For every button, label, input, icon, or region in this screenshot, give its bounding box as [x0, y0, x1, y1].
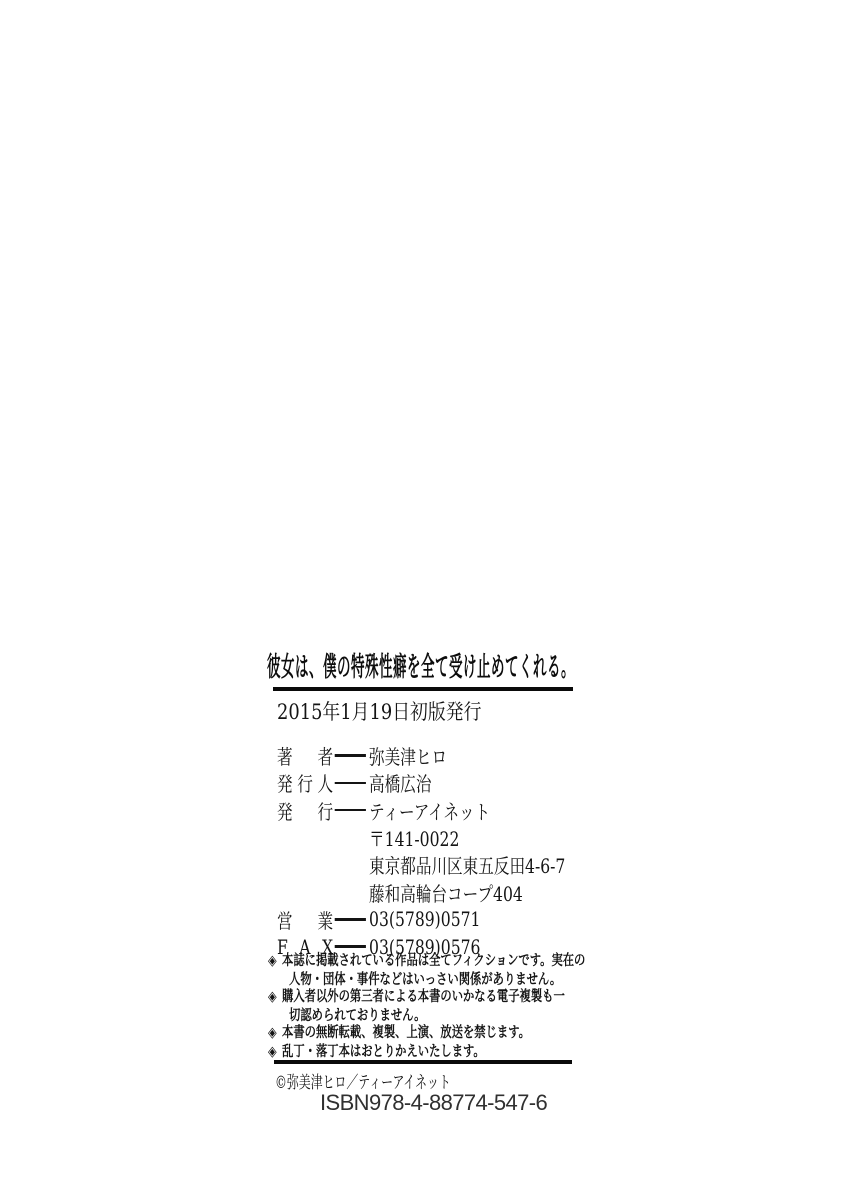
diamond-bullet-icon: ◈ [268, 953, 282, 971]
credit-value: ティーアイネット [369, 796, 490, 825]
credit-row-publisher-person: 発行人 高橋広治 [277, 769, 565, 796]
diamond-bullet-icon: ◈ [268, 1025, 282, 1043]
credits-block: 著 者 弥美津ヒロ 発行人 高橋広治 発 行 ティーアイネット 〒141-002… [277, 742, 565, 960]
colophon-page: { "page": { "background": "#ffffff", "te… [0, 0, 847, 1200]
bottom-divider-line [274, 1060, 572, 1064]
notice-text: 乱丁・落丁本はおとりかえいたします。 [282, 1043, 485, 1060]
credit-label: 発行人 [277, 768, 333, 797]
legal-notices: ◈本誌に掲載されている作品は全てフィクションです。実在の 人物・団体・事件などは… [268, 952, 585, 1062]
credit-row-postal-code: 〒141-0022 [277, 824, 565, 851]
credit-value: 03(5789)0571 [369, 907, 480, 931]
credit-label: 営 業 [277, 905, 333, 934]
dash-line [335, 918, 366, 921]
credit-row-address-1: 東京都品川区東五反田4-6-7 [277, 851, 565, 878]
notice-defective-copies: ◈乱丁・落丁本はおとりかえいたします。 [268, 1043, 585, 1062]
diamond-bullet-icon: ◈ [268, 989, 282, 1007]
credit-row-address-2: 藤和高輪台コープ404 [277, 878, 565, 905]
dash-line [335, 945, 366, 948]
notice-text: 本誌に掲載されている作品は全てフィクションです。実在の [282, 952, 585, 969]
credit-value: 高橋広治 [369, 768, 431, 797]
credit-label: 発 行 [277, 796, 333, 825]
credit-value: 〒141-0022 [369, 823, 459, 852]
isbn-number: ISBN978-4-88774-547-6 [320, 1090, 547, 1116]
credit-row-sales-phone: 営 業 03(5789)0571 [277, 906, 565, 933]
diamond-bullet-icon: ◈ [268, 1044, 282, 1062]
credit-row-author: 著 者 弥美津ヒロ [277, 742, 565, 769]
credit-row-publisher: 発 行 ティーアイネット [277, 797, 565, 824]
credit-label: 著 者 [277, 741, 333, 770]
notice-digital-copy: ◈購入者以外の第三者による本書のいかなる電子複製も一 [268, 988, 585, 1007]
dash-line [335, 809, 366, 812]
book-title: 彼女は、僕の特殊性癖を全て受け止めてくれる。 [267, 645, 575, 684]
dash-line [335, 782, 366, 785]
top-divider-line [273, 687, 573, 691]
notice-text: 購入者以外の第三者による本書のいかなる電子複製も一 [282, 988, 565, 1005]
notice-fiction-disclaimer-cont: 人物・団体・事件などはいっさい関係がありません。 [268, 971, 585, 989]
credit-value: 藤和高輪台コープ404 [369, 878, 523, 907]
notice-text: 本書の無断転載、複製、上演、放送を禁じます。 [282, 1024, 530, 1041]
notice-fiction-disclaimer: ◈本誌に掲載されている作品は全てフィクションです。実在の [268, 952, 585, 971]
notice-text: 切認められておりません。 [289, 1007, 425, 1024]
notice-text: 人物・団体・事件などはいっさい関係がありません。 [289, 971, 561, 988]
credit-value: 弥美津ヒロ [369, 741, 447, 770]
dash-line [335, 754, 366, 757]
edition-date: 2015年1月19日初版発行 [277, 696, 481, 726]
notice-reproduction: ◈本書の無断転載、複製、上演、放送を禁じます。 [268, 1024, 585, 1043]
notice-digital-copy-cont: 切認められておりません。 [268, 1007, 585, 1025]
credit-value: 東京都品川区東五反田4-6-7 [369, 850, 565, 879]
